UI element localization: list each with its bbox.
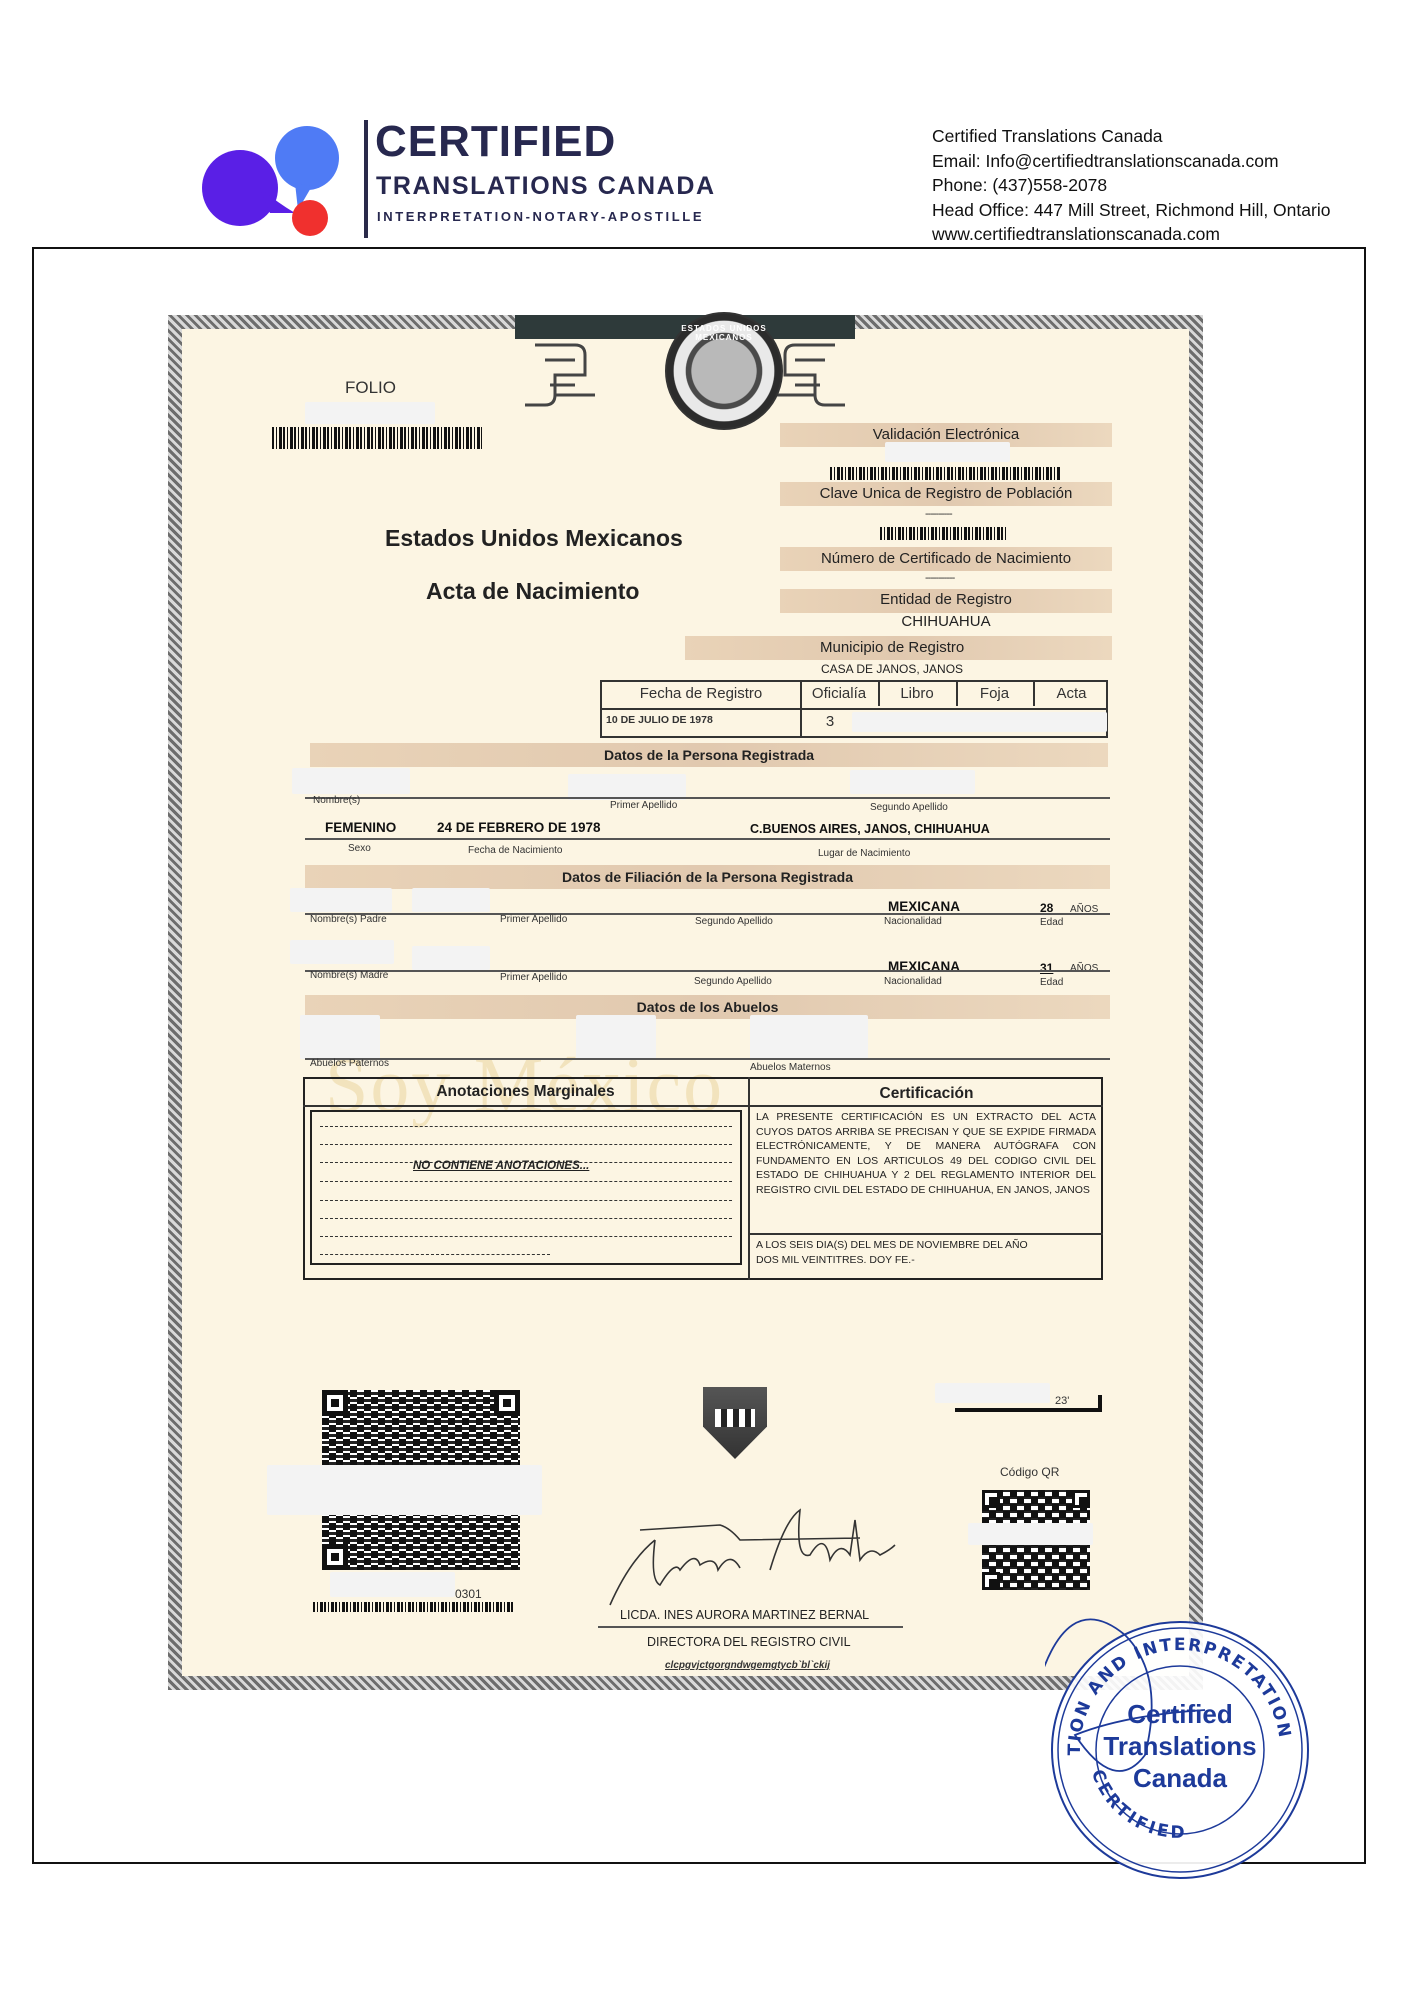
name-label: Nombre(s) xyxy=(313,795,360,806)
redacted-qr-right xyxy=(968,1523,1093,1545)
shield-pattern xyxy=(715,1409,755,1427)
rule xyxy=(305,913,1110,915)
father-name-label: Nombre(s) Padre xyxy=(310,914,387,925)
qr-finder xyxy=(1072,1490,1090,1508)
contact-website[interactable]: www.certifiedtranslationscanada.com xyxy=(932,222,1330,247)
municipality-value: CASA DE JANOS, JANOS xyxy=(821,662,963,676)
curp-value: ---------- xyxy=(925,508,952,520)
maternal-grandparents-label: Abuelos Maternos xyxy=(750,1062,831,1073)
redacted-mother-name xyxy=(290,940,394,964)
signatory-name: LICDA. INES AURORA MARTINEZ BERNAL xyxy=(620,1608,869,1622)
certification-divider xyxy=(750,1233,1103,1235)
company-logo-icon xyxy=(200,118,350,238)
signature-icon xyxy=(600,1500,920,1610)
date-rule xyxy=(955,1408,1100,1412)
first-surname-label: Primer Apellido xyxy=(610,800,677,811)
birth-place-label: Lugar de Nacimiento xyxy=(818,848,910,859)
qr-finder xyxy=(322,1544,348,1570)
redacted-validation xyxy=(885,442,1010,462)
entity-value: CHIHUAHUA xyxy=(780,613,1112,630)
redacted-folio xyxy=(305,402,435,424)
certification-body: LA PRESENTE CERTIFICACIÓN ES UN EXTRACTO… xyxy=(756,1110,1096,1198)
table-header: Fecha de Registro xyxy=(602,685,800,702)
qr-finder xyxy=(982,1490,1000,1508)
logo-divider xyxy=(364,120,368,238)
father-first-surname-label: Primer Apellido xyxy=(500,914,567,925)
sex-value: FEMENINO xyxy=(325,820,396,835)
redacted-father-surname xyxy=(412,888,490,912)
father-nationality-label: Nacionalidad xyxy=(884,916,942,927)
validation-label: Validación Electrónica xyxy=(780,426,1112,443)
table-header: Acta xyxy=(1033,685,1110,702)
table-header: Libro xyxy=(878,685,956,702)
electronic-signature: clcpgvjctgorgndwgemgtycb`bl`ckij xyxy=(665,1660,830,1671)
second-surname-label: Segundo Apellido xyxy=(870,802,948,813)
contact-company: Certified Translations Canada xyxy=(932,124,1330,149)
dashed-line xyxy=(320,1218,732,1219)
redacted-father-name xyxy=(290,888,392,912)
table-header: Foja xyxy=(956,685,1033,702)
document-title: Acta de Nacimiento xyxy=(426,578,639,605)
qr-finder xyxy=(494,1390,520,1416)
date-suffix: 23' xyxy=(1055,1395,1069,1407)
rule xyxy=(305,1058,1110,1060)
rule xyxy=(305,970,1110,972)
stamp-center-text: Certified Translations Canada xyxy=(1092,1698,1268,1794)
certification-title: Certificación xyxy=(750,1085,1103,1103)
birth-date-label: Fecha de Nacimiento xyxy=(468,845,563,856)
dashed-line xyxy=(320,1126,732,1127)
sex-label: Sexo xyxy=(348,843,371,854)
redacted-barcode-number xyxy=(330,1572,455,1597)
oficialia-value: 3 xyxy=(800,713,860,730)
stamp-line-3: Canada xyxy=(1092,1762,1268,1794)
father-second-surname-label: Segundo Apellido xyxy=(695,916,773,927)
contact-block: Certified Translations Canada Email: Inf… xyxy=(932,124,1330,247)
entity-label: Entidad de Registro xyxy=(780,591,1112,608)
brand-subtitle: TRANSLATIONS CANADA xyxy=(376,174,716,199)
redacted-qr-band xyxy=(267,1465,542,1515)
registry-table: Fecha de Registro Oficialía Libro Foja A… xyxy=(600,680,1108,738)
mother-age: 31 xyxy=(1040,961,1053,975)
date-rule-end xyxy=(1098,1395,1102,1412)
curp-barcode xyxy=(830,467,1060,480)
box-divider xyxy=(748,1077,750,1280)
dashed-line xyxy=(320,1254,550,1255)
birth-cert-barcode xyxy=(880,527,1008,540)
redacted-name xyxy=(292,768,410,794)
municipality-label: Municipio de Registro xyxy=(820,639,964,656)
stamp-line-2: Translations xyxy=(1092,1730,1268,1762)
mother-second-surname-label: Segundo Apellido xyxy=(694,976,772,987)
mother-first-surname-label: Primer Apellido xyxy=(500,972,567,983)
dashed-line xyxy=(320,1236,732,1237)
folio-label: FOLIO xyxy=(345,378,396,398)
birth-cert-value: ----------- xyxy=(925,572,954,584)
birth-cert-label: Número de Certificado de Nacimiento xyxy=(780,550,1112,567)
person-section-title: Datos de la Persona Registrada xyxy=(310,747,1108,763)
redacted-date xyxy=(935,1383,1050,1403)
barcode-number-suffix: 0301 xyxy=(455,1587,482,1601)
redacted-second-surname xyxy=(850,770,975,794)
signature-line xyxy=(598,1626,903,1628)
bottom-barcode xyxy=(313,1602,513,1612)
redacted-maternal xyxy=(750,1015,868,1059)
annotations-area xyxy=(310,1110,742,1265)
brand-tagline: INTERPRETATION-NOTARY-APOSTILLE xyxy=(377,210,704,223)
country-title: Estados Unidos Mexicanos xyxy=(385,525,683,552)
table-divider xyxy=(602,708,1106,710)
mother-age-unit: AÑOS xyxy=(1070,963,1098,974)
birth-place-value: C.BUENOS AIRES, JANOS, CHIHUAHUA xyxy=(750,822,990,836)
certification-date: A LOS SEIS DIA(S) DEL MES DE NOVIEMBRE D… xyxy=(756,1238,1046,1267)
curp-label: Clave Unica de Registro de Población xyxy=(780,485,1112,502)
seal-text: ESTADOS UNIDOS MEXICANOS xyxy=(667,324,781,342)
grandparents-section-title: Datos de los Abuelos xyxy=(305,999,1110,1015)
filiation-section-title: Datos de Filiación de la Persona Registr… xyxy=(305,869,1110,885)
dashed-line xyxy=(320,1144,732,1145)
box-title-divider xyxy=(303,1105,1103,1107)
paternal-grandparents-label: Abuelos Paternos xyxy=(310,1058,389,1069)
table-header: Oficialía xyxy=(800,685,878,702)
redacted-maternal-left xyxy=(576,1015,656,1059)
signatory-title: DIRECTORA DEL REGISTRO CIVIL xyxy=(647,1635,851,1649)
redacted-book-data xyxy=(852,712,1107,732)
contact-office: Head Office: 447 Mill Street, Richmond H… xyxy=(932,198,1330,223)
stamp-line-1: Certified xyxy=(1092,1698,1268,1730)
folio-barcode xyxy=(272,427,482,449)
rule xyxy=(305,838,1110,840)
registration-date: 10 DE JULIO DE 1978 xyxy=(606,714,713,726)
redacted-paternal xyxy=(300,1015,380,1059)
dashed-line xyxy=(320,1200,732,1201)
qr-label: Código QR xyxy=(1000,1465,1059,1479)
dashed-line xyxy=(320,1181,732,1182)
no-annotations-text: NO CONTIENE ANOTACIONES... xyxy=(413,1160,589,1172)
contact-email[interactable]: Email: Info@certifiedtranslationscanada.… xyxy=(932,149,1330,174)
mother-name-label: Nombre(s) Madre xyxy=(310,970,388,981)
mother-nationality-label: Nacionalidad xyxy=(884,976,942,987)
rule xyxy=(305,797,1110,799)
birth-date-value: 24 DE FEBRERO DE 1978 xyxy=(437,820,601,835)
contact-phone: Phone: (437)558-2078 xyxy=(932,173,1330,198)
annotations-title: Anotaciones Marginales xyxy=(303,1083,748,1101)
redacted-mother-surname xyxy=(412,946,490,970)
father-age-label: Edad xyxy=(1040,917,1063,928)
qr-finder xyxy=(982,1572,1000,1590)
mother-age-label: Edad xyxy=(1040,977,1063,988)
brand-title: CERTIFIED xyxy=(375,120,616,164)
mexico-coat-of-arms-icon: ESTADOS UNIDOS MEXICANOS xyxy=(665,312,783,430)
father-nationality: MEXICANA xyxy=(888,899,960,914)
qr-finder xyxy=(322,1390,348,1416)
